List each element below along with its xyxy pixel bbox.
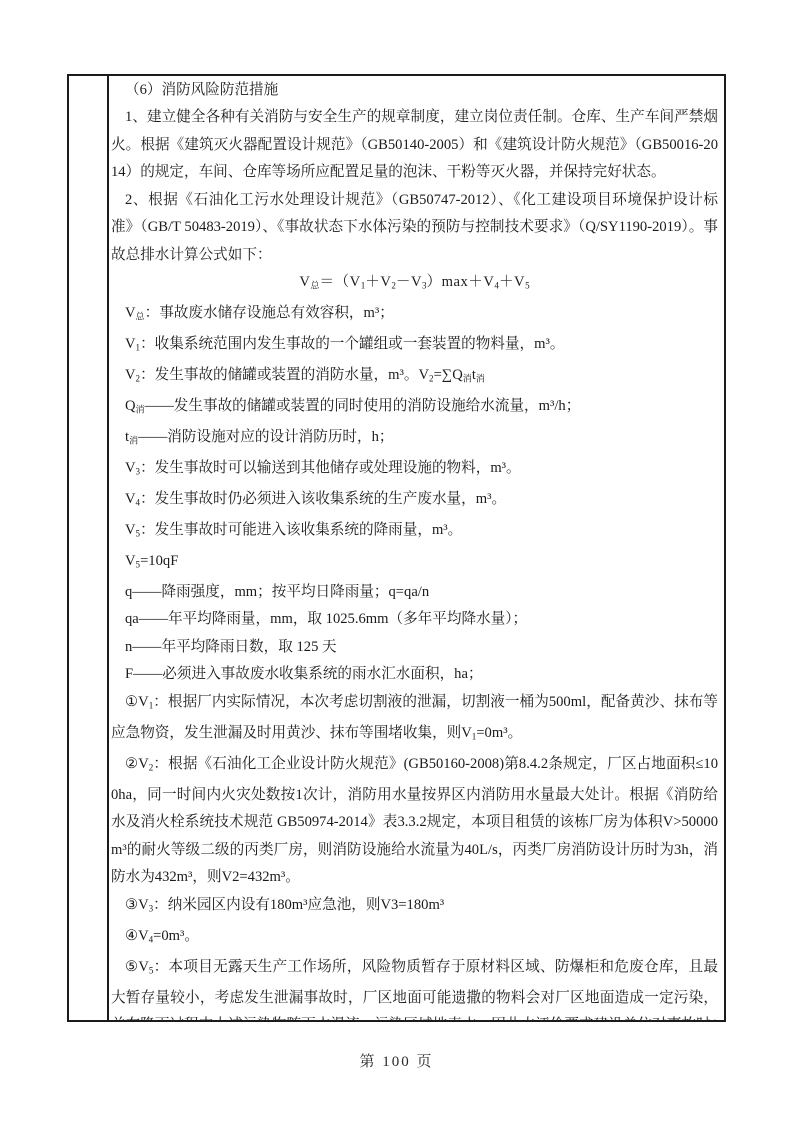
text-run: ⑤V xyxy=(125,959,149,975)
text-run: ：纳米园区内设有180m³应急池，则V3=180m³ xyxy=(153,897,444,913)
text-run: ＝（V xyxy=(319,274,360,290)
item-4-v4: ④V4=0m³。 xyxy=(111,923,718,954)
text-run: ——消防设施对应的设计消防历时，h； xyxy=(138,429,393,445)
table-left-column xyxy=(69,76,109,1020)
text-run: V xyxy=(125,491,136,507)
text-run: －V xyxy=(396,274,422,290)
text-run: 2、根据《石油化工污水处理设计规范》（GB50747-2012）、《化工建设项目… xyxy=(111,192,718,263)
def-t-xiao: t消——消防设施对应的设计消防历时，h； xyxy=(111,424,718,455)
text-run: ：收集系统范围内发生事故的一个罐组或一套装置的物料量，m³。 xyxy=(140,336,564,352)
subscript: 消 xyxy=(136,405,145,415)
text-run: =10qF xyxy=(140,553,178,569)
eq-v5: V5=10qF xyxy=(111,548,718,579)
text-run: q——降雨强度，mm；按平均日降雨量；q=qa/n xyxy=(125,584,429,600)
text-run: ：发生事故时可以输送到其他储存或处理设施的物料，m³。 xyxy=(140,460,521,476)
def-v3: V3：发生事故时可以输送到其他储存或处理设施的物料，m³。 xyxy=(111,455,718,486)
text-run: =0m³。 xyxy=(476,725,522,741)
text-run: ：发生事故的储罐或装置的消防水量，m³。V xyxy=(140,367,429,383)
text-run: ：发生事故时仍必须进入该收集系统的生产废水量，m³。 xyxy=(140,491,506,507)
def-v5: V5：发生事故时可能进入该收集系统的降雨量，m³。 xyxy=(111,517,718,548)
formula-total-drainage: V总＝（V1＋V2－V3）max＋V4＋V5 xyxy=(111,269,718,300)
text-run: ：事故废水储存设施总有效容积，m³； xyxy=(145,305,394,321)
text-run: n——年平均降雨日数，取 125 天 xyxy=(125,639,337,655)
subscript: 总 xyxy=(136,312,145,322)
text-run: （6）消防风险防范措施 xyxy=(125,82,278,98)
item-5-v5: ⑤V5：本项目无露天生产工作场所，风险物质暂存于原材料区域、防爆柜和危废仓库，且… xyxy=(111,954,718,1020)
text-run: V xyxy=(125,305,136,321)
def-v4: V4：发生事故时仍必须进入该收集系统的生产废水量，m³。 xyxy=(111,486,718,517)
item-3-v3: ③V3：纳米园区内设有180m³应急池，则V3=180m³ xyxy=(111,892,718,923)
page-number: 第 100 页 xyxy=(0,1050,793,1071)
heading-item-6: （6）消防风险防范措施 xyxy=(111,77,718,104)
text-run: 1、建立健全各种有关消防与安全生产的规章制度，建立岗位责任制。仓库、生产车间严禁… xyxy=(111,109,718,180)
text-run: V xyxy=(125,460,136,476)
def-q-xiao: Q消——发生事故的储罐或装置的同时使用的消防设施给水流量，m³/h； xyxy=(111,393,718,424)
def-v1: V1：收集系统范围内发生事故的一个罐组或一套装置的物料量，m³。 xyxy=(111,331,718,362)
text-run: V xyxy=(125,367,136,383)
def-f: F——必须进入事故废水收集系统的雨水汇水面积，ha； xyxy=(111,661,718,688)
text-run: =0m³。 xyxy=(153,928,199,944)
text-run: ——发生事故的储罐或装置的同时使用的消防设施给水流量，m³/h； xyxy=(145,398,581,414)
para-fire-rules: 1、建立健全各种有关消防与安全生产的规章制度，建立岗位责任制。仓库、生产车间严禁… xyxy=(111,104,718,186)
subscript: 消 xyxy=(476,374,485,384)
def-v-total: V总：事故废水储存设施总有效容积，m³； xyxy=(111,300,718,331)
def-q: q——降雨强度，mm；按平均日降雨量；q=qa/n xyxy=(111,579,718,606)
subscript: 消 xyxy=(463,374,472,384)
text-run: ）max＋V xyxy=(427,274,495,290)
report-table: （6）消防风险防范措施1、建立健全各种有关消防与安全生产的规章制度，建立岗位责任… xyxy=(67,74,726,1022)
def-n: n——年平均降雨日数，取 125 天 xyxy=(111,634,718,661)
text-run: ＋V xyxy=(365,274,391,290)
text-run: ：根据《石油化工企业设计防火规范》(GB50160-2008)第8.4.2条规定… xyxy=(111,756,718,885)
subscript: 5 xyxy=(525,281,530,291)
text-run: V xyxy=(125,553,136,569)
text-run: qa——年平均降雨量，mm，取 1025.6mm（多年平均降水量）； xyxy=(125,611,527,627)
text-run: ②V xyxy=(125,756,149,772)
text-run: ：发生事故时可能进入该收集系统的降雨量，m³。 xyxy=(140,522,462,538)
text-run: V xyxy=(299,274,310,290)
document-content: （6）消防风险防范措施1、建立健全各种有关消防与安全生产的规章制度，建立岗位责任… xyxy=(109,76,724,1020)
text-run: V xyxy=(125,522,136,538)
text-run: Q xyxy=(125,398,136,414)
text-run: ：本项目无露天生产工作场所，风险物质暂存于原材料区域、防爆柜和危废仓库，且最大暂… xyxy=(111,959,718,1020)
item-1-v1: ①V1：根据厂内实际情况，本次考虑切割液的泄漏，切割液一桶为500ml，配备黄沙… xyxy=(111,689,718,751)
def-v2: V2：发生事故的储罐或装置的消防水量，m³。V2=∑Q消t消 xyxy=(111,362,718,393)
def-qa: qa——年平均降雨量，mm，取 1025.6mm（多年平均降水量）； xyxy=(111,606,718,633)
text-run: =∑Q xyxy=(434,367,463,383)
text-run: V xyxy=(125,336,136,352)
text-run: ④V xyxy=(125,928,149,944)
text-run: ＋V xyxy=(499,274,525,290)
text-run: ①V xyxy=(125,694,149,710)
item-2-v2: ②V2：根据《石油化工企业设计防火规范》(GB50160-2008)第8.4.2… xyxy=(111,751,718,892)
para-standards: 2、根据《石油化工污水处理设计规范》（GB50747-2012）、《化工建设项目… xyxy=(111,187,718,269)
text-run: F——必须进入事故废水收集系统的雨水汇水面积，ha； xyxy=(125,666,483,682)
text-run: ③V xyxy=(125,897,149,913)
text-run: ：根据厂内实际情况，本次考虑切割液的泄漏，切割液一桶为500ml，配备黄沙、抹布… xyxy=(111,694,718,741)
subscript: 消 xyxy=(129,436,138,446)
